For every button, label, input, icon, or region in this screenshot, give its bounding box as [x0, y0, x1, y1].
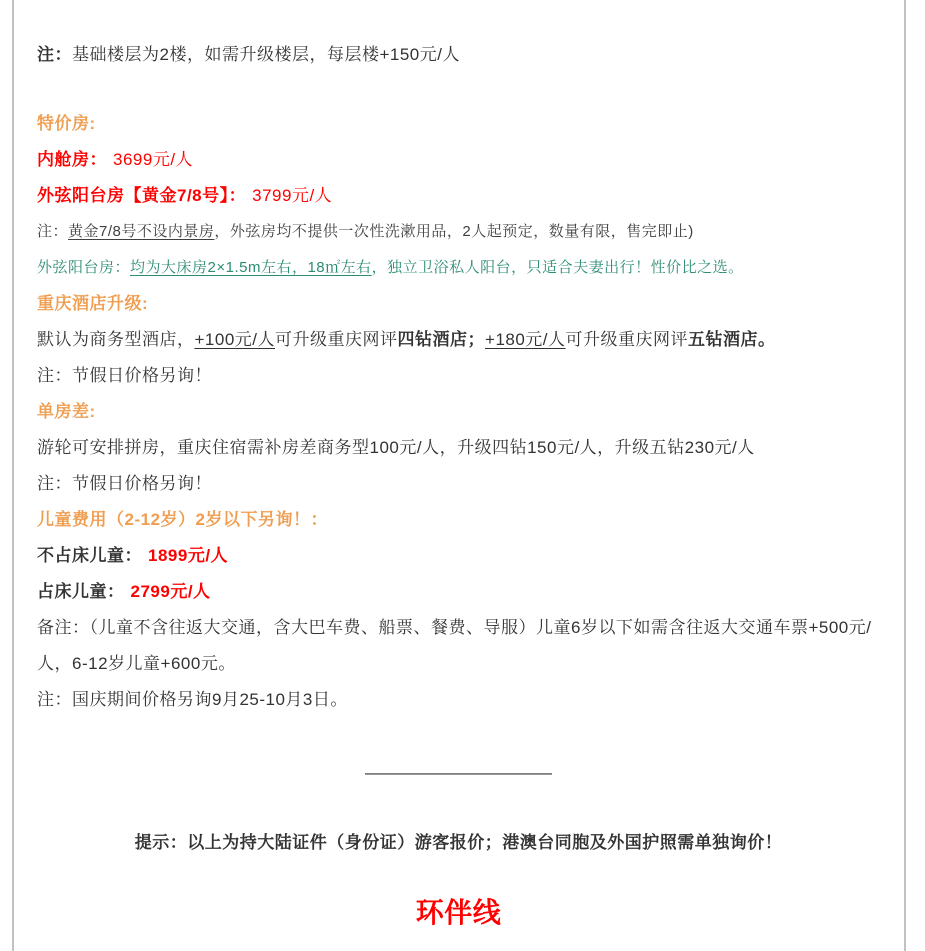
balcony-room-line: 外弦阳台房【黄金7/8号】：3799元/人: [37, 178, 880, 214]
note-floor-text: 基础楼层为2楼，如需升级楼层，每层楼+150元/人: [72, 45, 460, 64]
hotel-upgrade-heading: 重庆酒店升级:: [37, 286, 880, 322]
hotel-upgrade-text: 默认为商务型酒店，+100元/人可升级重庆网评四钻酒店；+180元/人可升级重庆…: [37, 322, 880, 358]
children-remark: 备注：（儿童不含往返大交通，含大巴车费、船票、餐费、导服）儿童6岁以下如需含往返…: [37, 610, 880, 682]
section-divider: ———————————: [37, 755, 880, 791]
special-price-heading: 特价房:: [37, 106, 880, 142]
inner-cabin-label: 内舱房：: [37, 150, 107, 169]
note-floor-label: 注：: [37, 45, 72, 64]
hotel-upgrade-seg1: 默认为商务型酒店，: [37, 330, 195, 349]
balcony-desc-prefix: 外弦阳台房：: [37, 259, 130, 276]
child-no-bed-price: 1899元/人: [148, 546, 228, 565]
balcony-desc-rest: ，独立卫浴私人阳台，只适合夫妻出行！性价比之选。: [372, 259, 744, 276]
child-bed-price: 2799元/人: [131, 582, 211, 601]
route-title-cutoff: 环伴线: [37, 893, 880, 933]
note-floor: 注：基础楼层为2楼，如需升级楼层，每层楼+150元/人: [37, 37, 880, 73]
pricing-notice: 提示：以上为持大陆证件（身份证）游客报价；港澳台同胞及外国护照需单独询价！: [37, 825, 880, 861]
child-no-bed-line: 不占床儿童：1899元/人: [37, 538, 880, 574]
national-day-note: 注：国庆期间价格另询9月25-10月3日。: [37, 682, 880, 718]
gold-ship-note-rest: ，外弦房均不提供一次性洗漱用品，2人起预定，数量有限，售完即止): [214, 223, 693, 240]
balcony-room-label: 外弦阳台房【黄金7/8号】：: [37, 186, 246, 205]
children-fee-heading: 儿童费用（2-12岁）2岁以下另询！：: [37, 502, 880, 538]
single-room-text: 游轮可安排拼房，重庆住宿需补房差商务型100元/人，升级四钻150元/人，升级五…: [37, 430, 880, 466]
hotel-upgrade-seg3: 可升级重庆网评: [566, 330, 689, 349]
hotel-upgrade-price2: +180元/人: [485, 330, 566, 349]
hotel-upgrade-five-star: 五钻酒店。: [688, 330, 776, 349]
hotel-upgrade-four-star: 四钻酒店；: [398, 330, 486, 349]
child-no-bed-label: 不占床儿童：: [37, 546, 142, 565]
balcony-room-desc: 外弦阳台房：均为大床房2×1.5m左右，18㎡左右，独立卫浴私人阳台，只适合夫妻…: [37, 250, 880, 286]
hotel-upgrade-note: 注：节假日价格另询！: [37, 358, 880, 394]
balcony-room-price: 3799元/人: [252, 186, 332, 205]
inner-cabin-price: 3699元/人: [113, 150, 193, 169]
child-bed-line: 占床儿童：2799元/人: [37, 574, 880, 610]
gold-ship-note: 注：黄金7/8号不设内景房，外弦房均不提供一次性洗漱用品，2人起预定，数量有限，…: [37, 214, 880, 250]
balcony-desc-underline: 均为大床房2×1.5m左右，18㎡左右: [130, 259, 372, 276]
inner-cabin-line: 内舱房：3699元/人: [37, 142, 880, 178]
gold-ship-note-prefix: 注：: [37, 223, 68, 240]
single-room-note: 注：节假日价格另询！: [37, 466, 880, 502]
content-panel: 注：基础楼层为2楼，如需升级楼层，每层楼+150元/人 特价房: 内舱房：369…: [12, 0, 906, 951]
gold-ship-note-underline: 黄金7/8号不设内景房: [68, 223, 214, 240]
single-room-heading: 单房差:: [37, 394, 880, 430]
hotel-upgrade-seg2: 可升级重庆网评: [275, 330, 398, 349]
child-bed-label: 占床儿童：: [37, 582, 125, 601]
hotel-upgrade-price1: +100元/人: [195, 330, 276, 349]
